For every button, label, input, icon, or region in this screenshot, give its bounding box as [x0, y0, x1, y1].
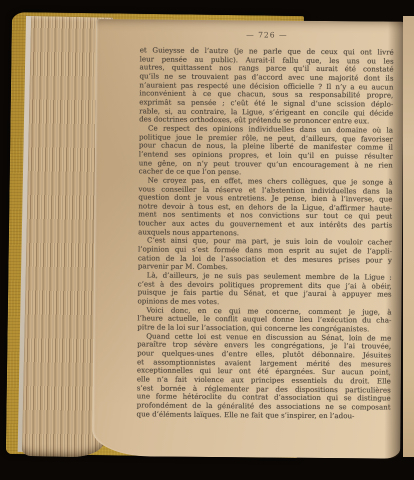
adjacent-page-edge	[403, 16, 414, 457]
page-content: — 726 — et Guieysse de l’autre (je ne pa…	[92, 19, 404, 459]
book-page: — 726 — et Guieysse de l’autre (je ne pa…	[92, 19, 404, 459]
paragraph: C’est ainsi que, pour ma part, je suis l…	[138, 237, 392, 274]
page-text: et Guieysse de l’autre (je ne parle que …	[137, 46, 394, 420]
paragraph: Ne croyez pas, en effet, mes chers collè…	[138, 176, 393, 239]
paragraph: Là, d’ailleurs, je ne suis pas seulement…	[137, 271, 391, 308]
paragraph: Voici donc, en ce qui me concerne, comme…	[137, 306, 391, 334]
page-number: — 726 —	[140, 29, 394, 40]
paragraph: Ce respect des opinions individuelles da…	[139, 124, 393, 178]
paragraph: et Guieysse de l’autre (je ne parle que …	[139, 46, 394, 126]
book-photo: — 726 — et Guieysse de l’autre (je ne pa…	[0, 0, 414, 480]
text-line: que d’éléments laïques. Elle ne fait que…	[137, 410, 391, 421]
paragraph: Quand cette loi est venue en discussion …	[137, 332, 392, 421]
